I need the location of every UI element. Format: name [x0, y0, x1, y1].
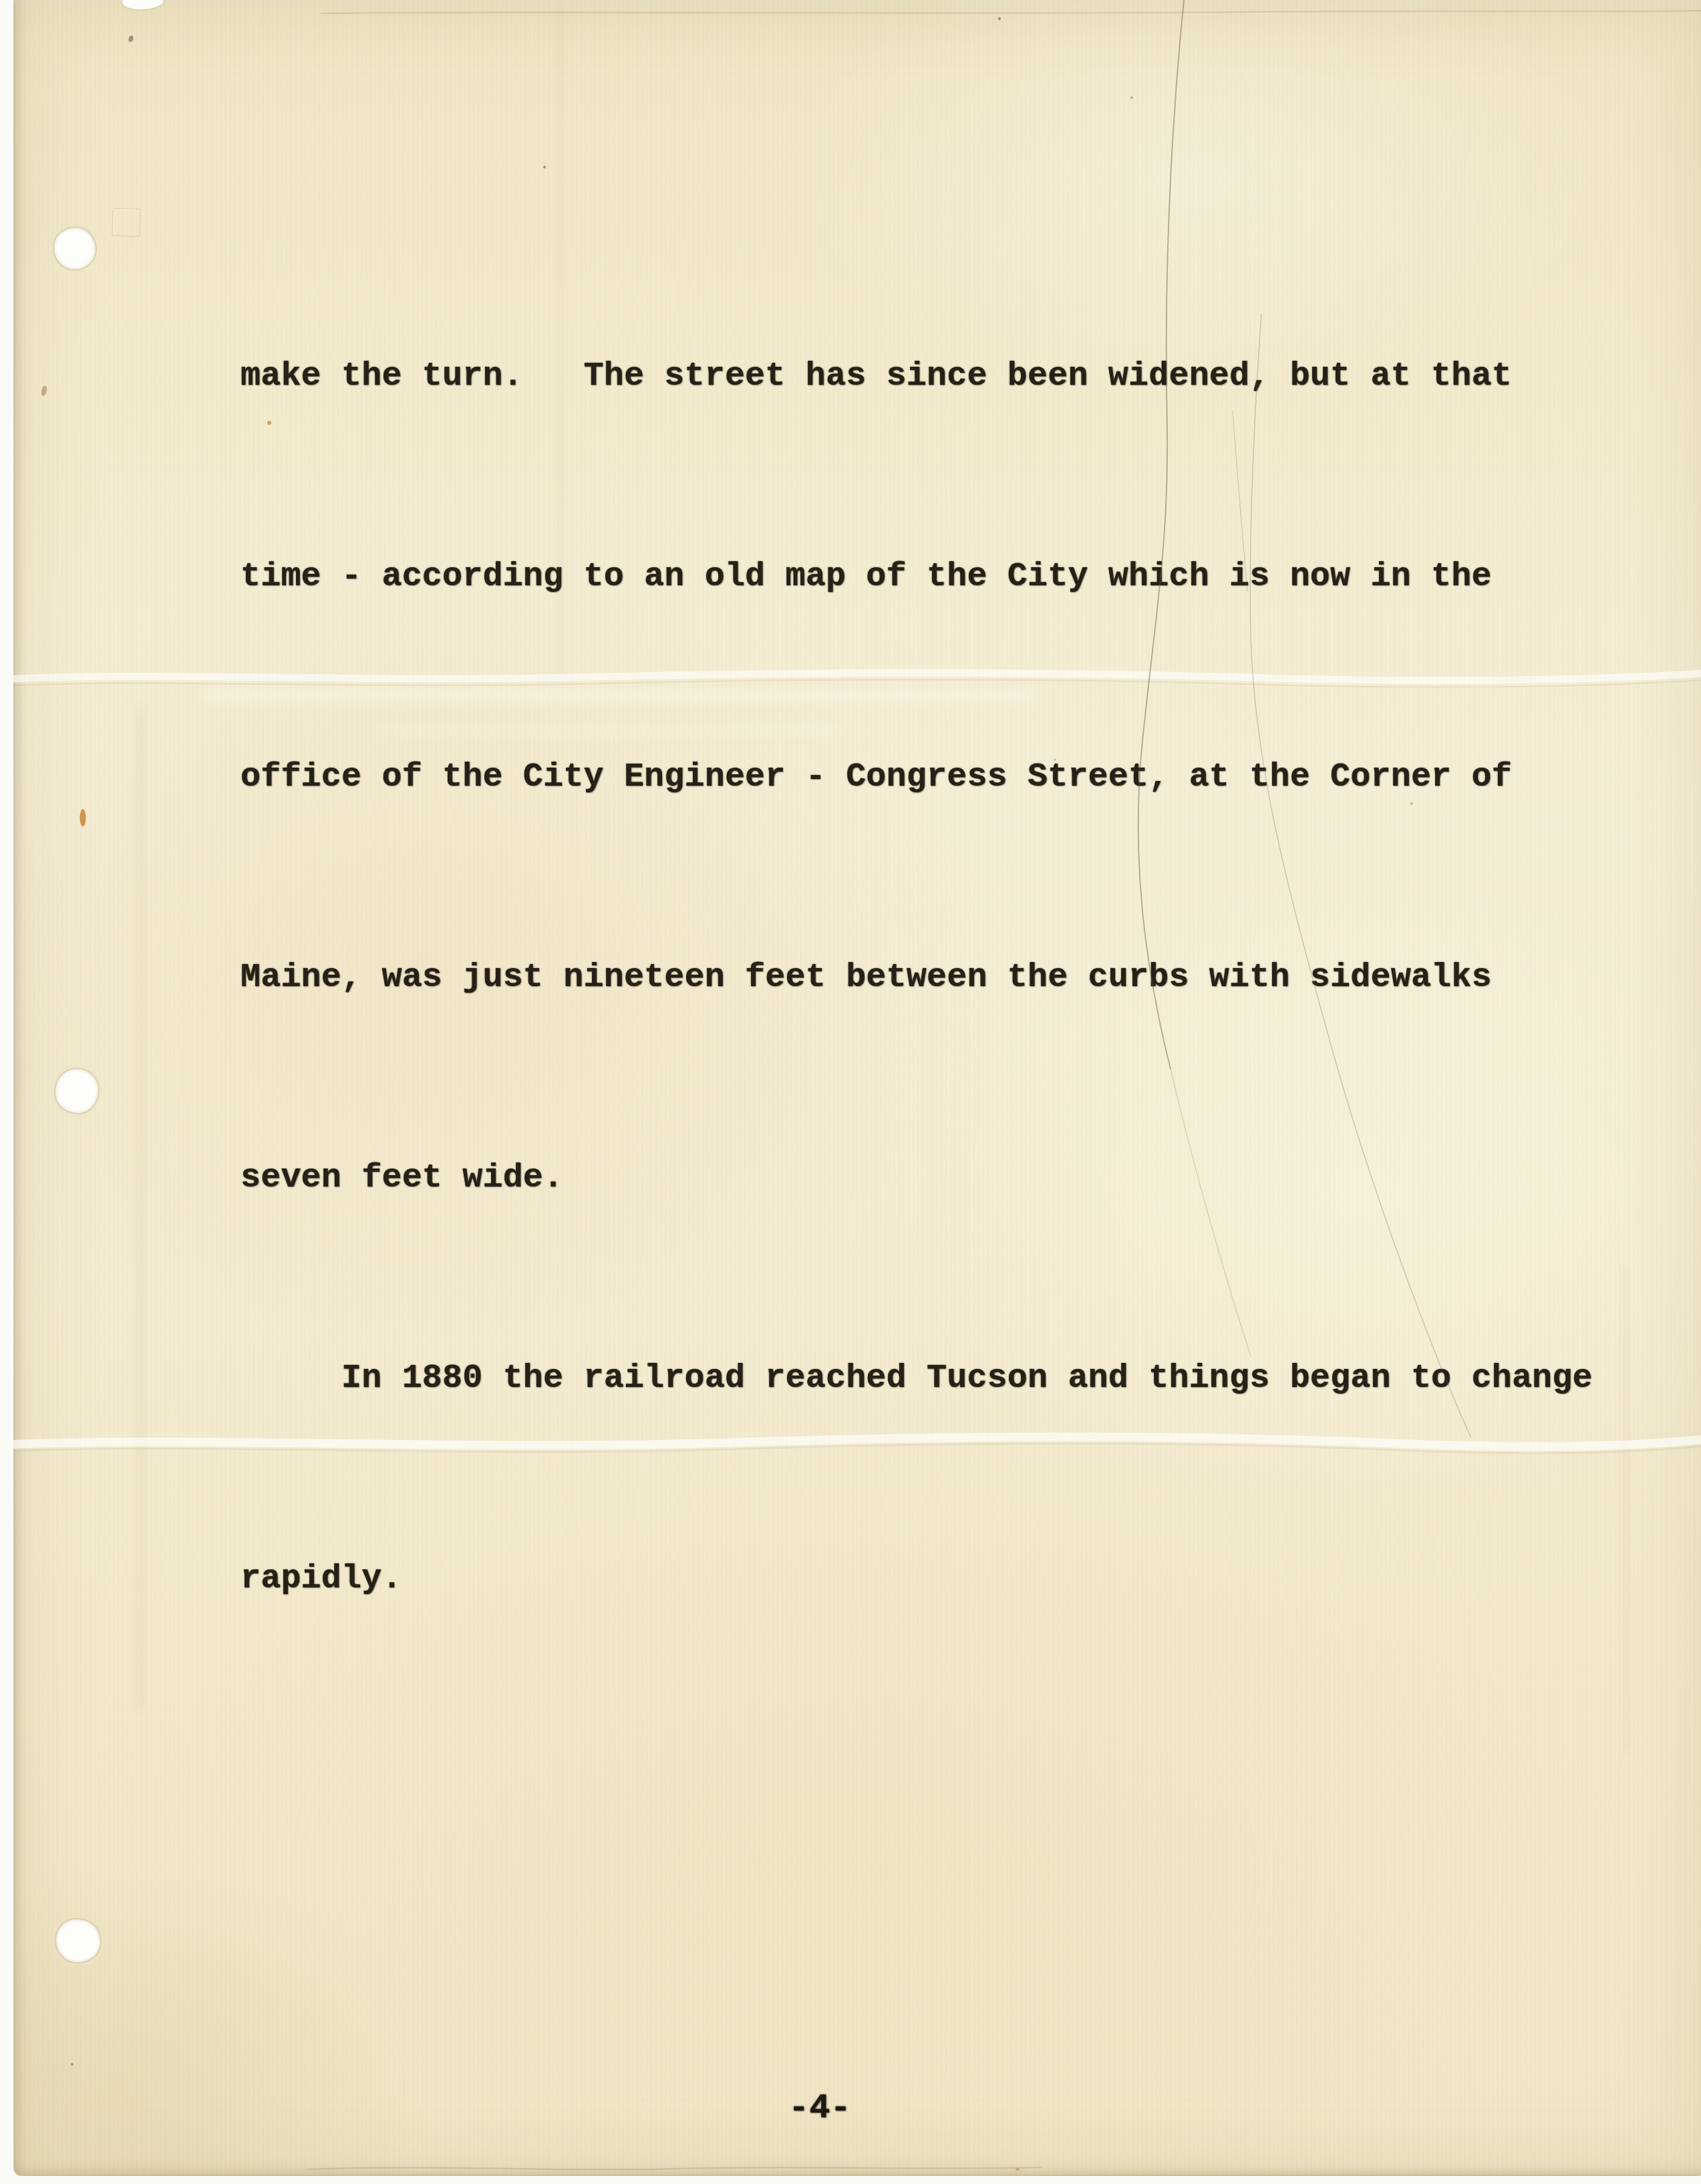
- typed-line: office of the City Engineer - Congress S…: [241, 744, 1593, 811]
- typed-line: time - according to an old map of the Ci…: [241, 544, 1593, 611]
- typed-line: In 1880 the railroad reached Tucson and …: [241, 1346, 1593, 1412]
- scanned-document: make the turn. The street has since been…: [0, 0, 1701, 2184]
- typed-line: Maine, was just nineteen feet between th…: [241, 945, 1593, 1011]
- typed-paragraphs: make the turn. The street has since been…: [241, 210, 1593, 1746]
- punch-hole: [55, 1069, 98, 1113]
- punch-hole: [54, 228, 96, 269]
- typed-line: make the turn. The street has since been…: [241, 343, 1593, 410]
- punch-hole: [56, 1919, 100, 1962]
- embossed-square-mark: [112, 208, 140, 237]
- typed-line: rapidly.: [241, 1546, 1593, 1613]
- page-number: -4-: [788, 2075, 851, 2142]
- typed-line: seven feet wide.: [241, 1145, 1593, 1212]
